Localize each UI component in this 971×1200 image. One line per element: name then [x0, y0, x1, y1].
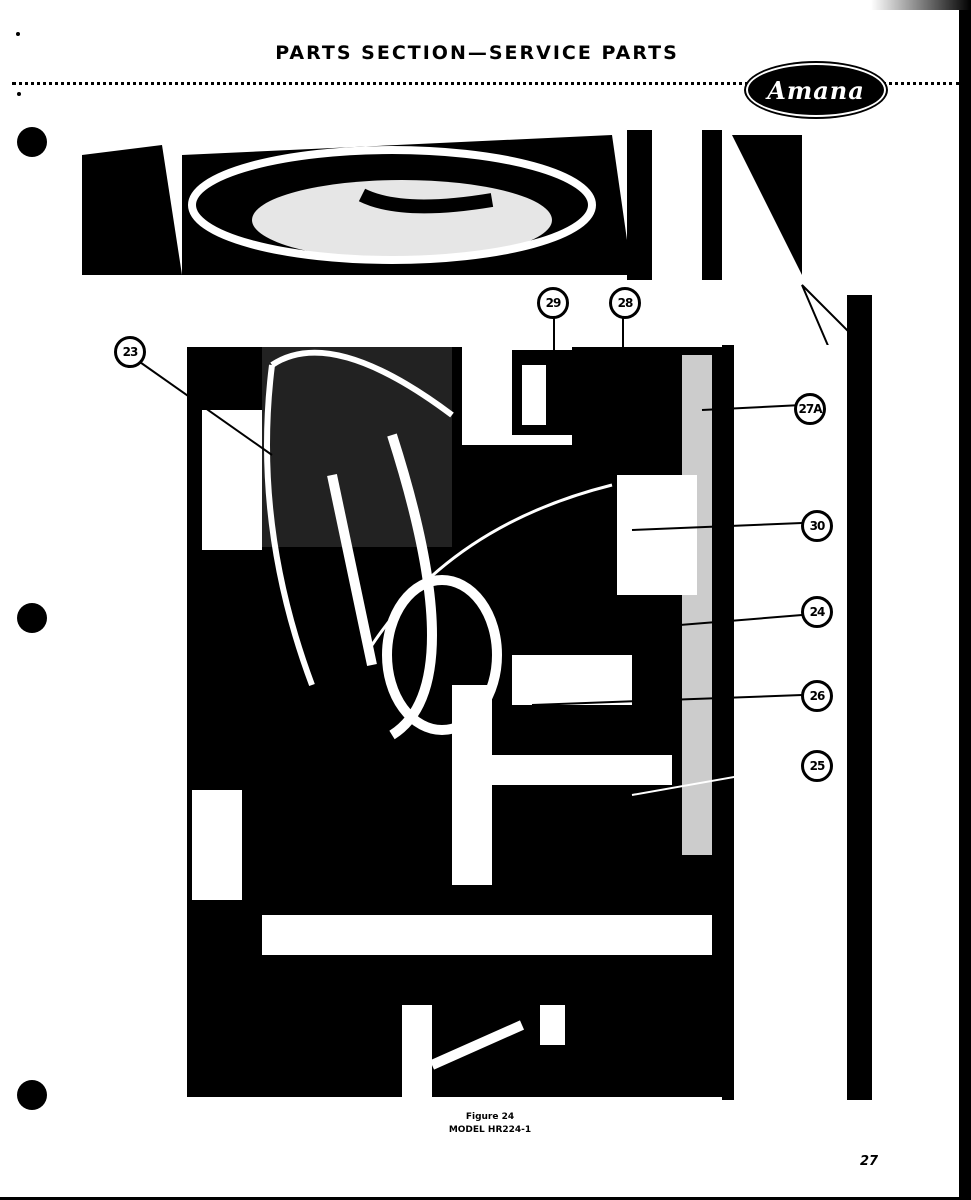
binder-hole-icon — [17, 603, 47, 633]
amana-logo: Amana — [746, 63, 886, 117]
scan-speck — [17, 92, 21, 96]
callout-26: 26 — [801, 680, 833, 712]
scan-edge-right — [959, 0, 971, 1200]
callout-23: 23 — [114, 336, 146, 368]
binder-hole-icon — [17, 127, 47, 157]
figure-model: MODEL HR224-1 — [400, 1124, 580, 1137]
callout-25: 25 — [801, 750, 833, 782]
callout-24: 24 — [801, 596, 833, 628]
figure-number: Figure 24 — [400, 1111, 580, 1124]
brand-logo-text: Amana — [767, 76, 865, 105]
binder-hole-icon — [17, 1080, 47, 1110]
callout-28: 28 — [609, 287, 641, 319]
page-number: 27 — [860, 1154, 878, 1169]
callout-27a: 27A — [794, 393, 826, 425]
scan-edge-top — [871, 0, 971, 10]
page-title: PARTS SECTION—SERVICE PARTS — [262, 42, 692, 64]
figure-photo — [72, 125, 872, 1100]
callout-30: 30 — [801, 510, 833, 542]
scan-speck — [16, 32, 20, 36]
callout-29: 29 — [537, 287, 569, 319]
figure-caption: Figure 24 MODEL HR224-1 — [400, 1111, 580, 1137]
appliance-wiring-photo — [72, 125, 872, 1100]
